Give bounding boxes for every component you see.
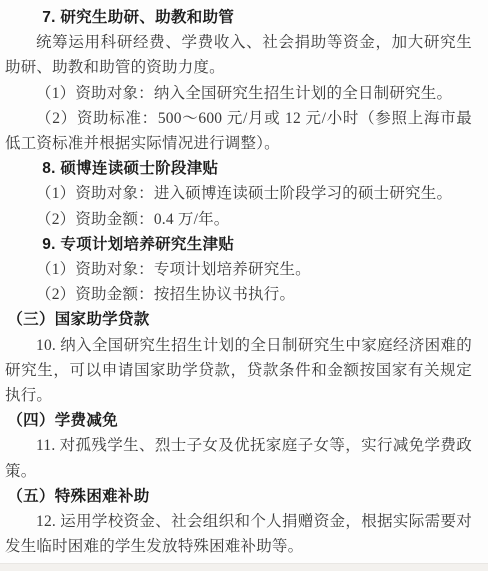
paragraph: （2）资助金额：按招生协议书执行。: [5, 282, 472, 307]
paragraph: 12. 运用学校资金、社会组织和个人捐赠资金，根据实际需要对发生临时困难的学生发…: [5, 509, 472, 559]
document-body: 7. 研究生助研、助教和助管统筹运用科研经费、学费收入、社会捐助等资金，加大研究…: [0, 0, 488, 559]
paragraph: （2）资助标准：500～600 元/月或 12 元/小时（参照上海市最低工资标准…: [5, 106, 472, 156]
heading-section: （四）学费减免: [5, 408, 472, 433]
heading-section: （五）特殊困难补助: [5, 484, 472, 509]
page-bottom-strip: [0, 563, 488, 571]
paragraph: 统筹运用科研经费、学费收入、社会捐助等资金，加大研究生助研、助教和助管的资助力度…: [5, 30, 472, 80]
paragraph: （1）资助对象：进入硕博连读硕士阶段学习的硕士研究生。: [5, 181, 472, 206]
heading-numbered: 8. 硕博连读硕士阶段津贴: [5, 156, 472, 181]
paragraph: （2）资助金额：0.4 万/年。: [5, 207, 472, 232]
paragraph: 10. 纳入全国研究生招生计划的全日制研究生中家庭经济困难的研究生，可以申请国家…: [5, 333, 472, 409]
document-page: 7. 研究生助研、助教和助管统筹运用科研经费、学费收入、社会捐助等资金，加大研究…: [0, 0, 488, 571]
heading-numbered: 9. 专项计划培养研究生津贴: [5, 232, 472, 257]
heading-section: （三）国家助学贷款: [5, 307, 472, 332]
heading-numbered: 7. 研究生助研、助教和助管: [5, 5, 472, 30]
paragraph: （1）资助对象：专项计划培养研究生。: [5, 257, 472, 282]
paragraph: （1）资助对象：纳入全国研究生招生计划的全日制研究生。: [5, 81, 472, 106]
paragraph: 11. 对孤残学生、烈士子女及优抚家庭子女等，实行减免学费政策。: [5, 433, 472, 483]
